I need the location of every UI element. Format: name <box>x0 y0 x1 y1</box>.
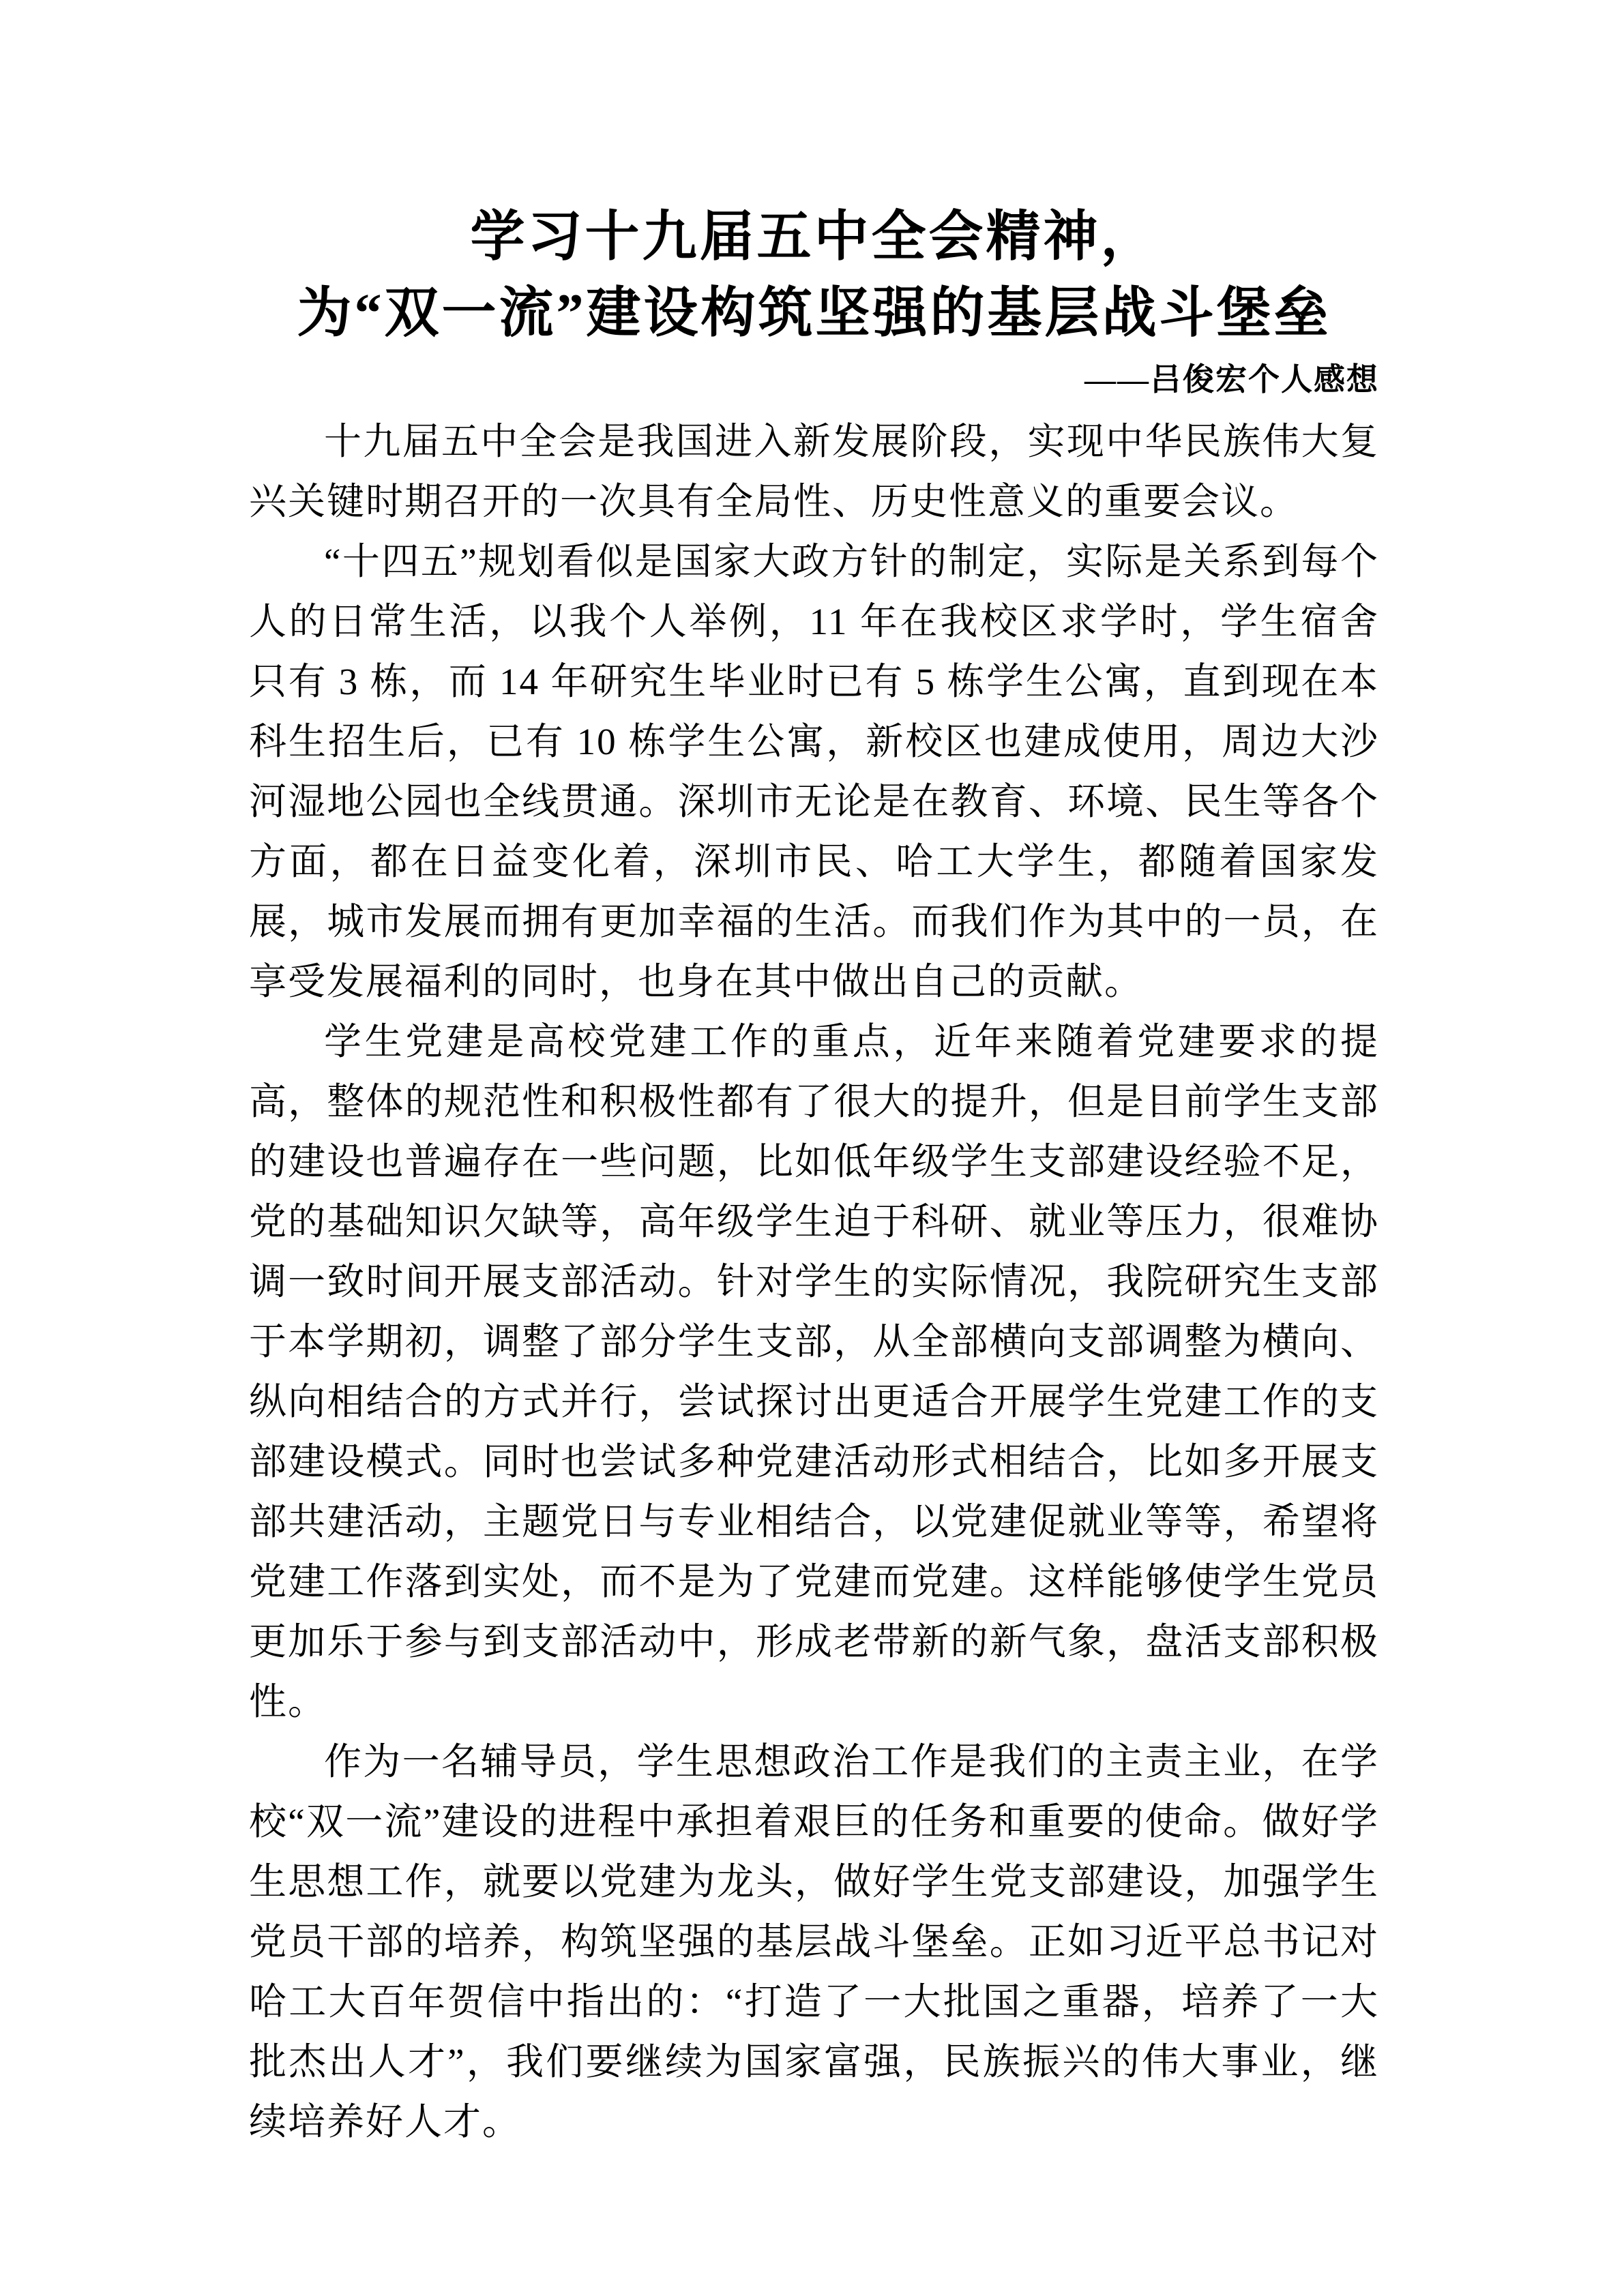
title-line-1: 学习十九届五中全会精神， <box>249 199 1379 275</box>
document-title: 学习十九届五中全会精神， 为“双一流”建设构筑坚强的基层战斗堡垒 <box>249 199 1379 352</box>
paragraph-4: 作为一名辅导员，学生思想政治工作是我们的主责主业，在学校“双一流”建设的进程中承… <box>249 1732 1379 2152</box>
paragraph-2: “十四五”规划看似是国家大政方针的制定，实际是关系到每个人的日常生活，以我个人举… <box>249 532 1379 1012</box>
title-line-2: 为“双一流”建设构筑坚强的基层战斗堡垒 <box>249 275 1379 352</box>
document-page: 学习十九届五中全会精神， 为“双一流”建设构筑坚强的基层战斗堡垒 ——吕俊宏个人… <box>0 0 1624 2296</box>
paragraph-1: 十九届五中全会是我国进入新发展阶段，实现中华民族伟大复兴关键时期召开的一次具有全… <box>249 412 1379 532</box>
document-body: 十九届五中全会是我国进入新发展阶段，实现中华民族伟大复兴关键时期召开的一次具有全… <box>249 412 1379 2152</box>
paragraph-3: 学生党建是高校党建工作的重点，近年来随着党建要求的提高，整体的规范性和积极性都有… <box>249 1012 1379 1732</box>
byline: ——吕俊宏个人感想 <box>249 359 1379 401</box>
